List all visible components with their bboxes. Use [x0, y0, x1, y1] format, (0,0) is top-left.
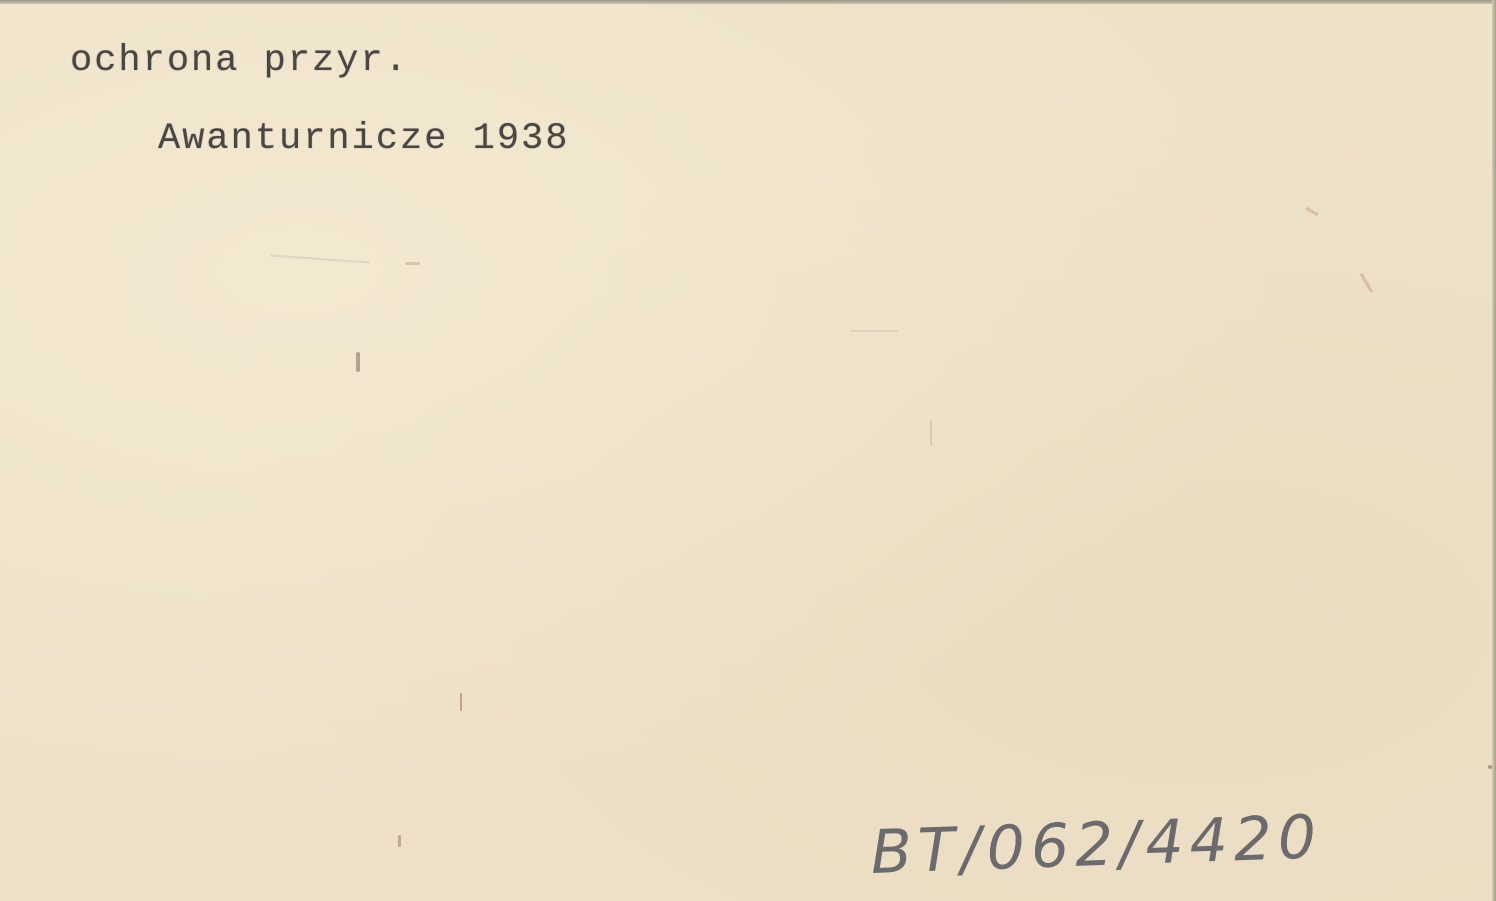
paper-fiber: [460, 693, 462, 711]
paper-fiber: [1305, 207, 1319, 217]
title-line: Awanturnicze 1938: [158, 118, 569, 160]
paper-fiber: [1360, 273, 1374, 294]
paper-mark: [356, 352, 360, 372]
index-card: ochrona przyr. Awanturnicze 1938 BT/062/…: [0, 0, 1496, 901]
paper-fiber: [850, 330, 898, 332]
call-number: BT/062/4420: [870, 802, 1324, 888]
subject-heading: ochrona przyr.: [70, 40, 409, 82]
paper-fiber: [270, 255, 370, 264]
paper-fiber: [1488, 765, 1492, 769]
paper-fiber: [405, 262, 420, 265]
paper-fiber: [398, 835, 401, 847]
paper-fiber: [930, 420, 932, 446]
